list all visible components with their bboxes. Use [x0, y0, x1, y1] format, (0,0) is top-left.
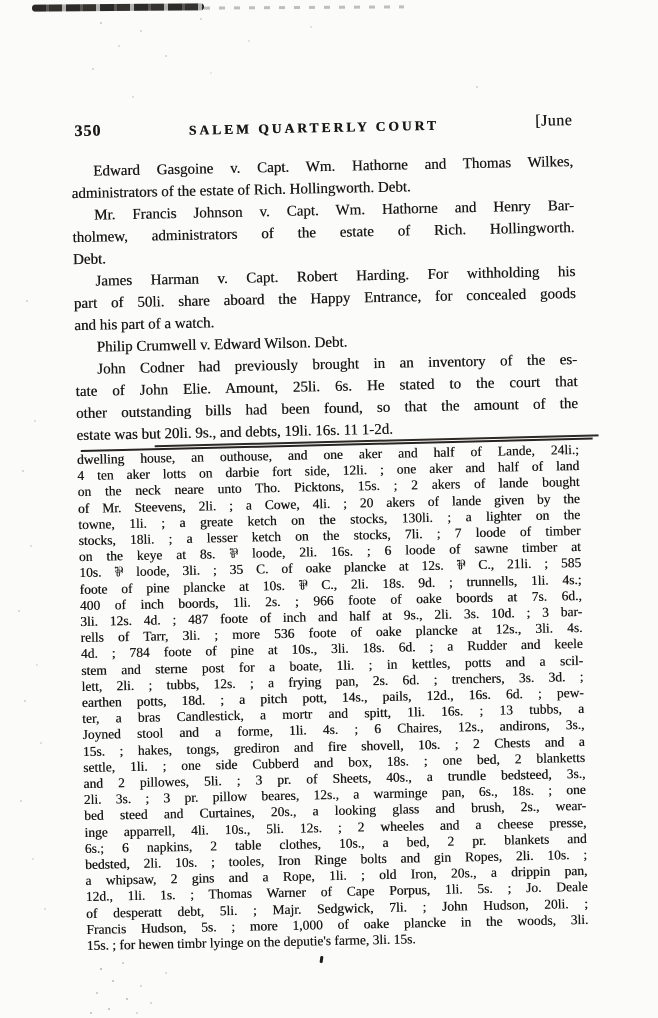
- page-content: 350 SALEM QUARTERLY COURT [June Edward G…: [68, 0, 590, 1018]
- page-number: 350: [74, 122, 101, 141]
- scan-speckles-bottom-left: [0, 0, 2, 2]
- main-text: Edward Gasgoine v. Capt. Wm. Hathorne an…: [71, 151, 579, 447]
- page-header: 350 SALEM QUARTERLY COURT [June: [70, 113, 572, 145]
- footnote-text: dwelling house, an outhouse, and one ake…: [77, 442, 589, 954]
- running-title: SALEM QUARTERLY COURT: [189, 118, 439, 139]
- date-marker: [June: [535, 112, 573, 131]
- scanned-page: 350 SALEM QUARTERLY COURT [June Edward G…: [0, 0, 658, 1018]
